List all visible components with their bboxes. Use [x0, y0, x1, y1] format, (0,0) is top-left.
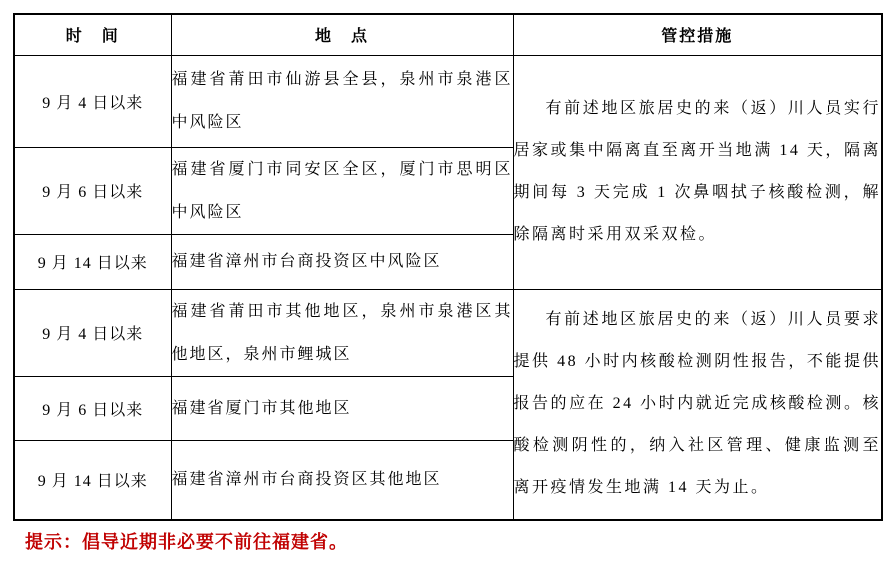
epidemic-control-table: 时 间 地 点 管控措施 9 月 4 日以来 福建省莆田市仙游县全县，泉州市泉港…	[13, 13, 883, 521]
location-cell: 福建省漳州市台商投资区其他地区	[171, 440, 513, 520]
time-cell: 9 月 4 日以来	[14, 55, 171, 147]
header-time: 时 间	[14, 14, 171, 55]
location-cell: 福建省漳州市台商投资区中风险区	[171, 234, 513, 289]
measure-text-group2: 有前述地区旅居史的来（返）川人员要求提供 48 小时内核酸检测阴性报告，不能提供…	[514, 299, 882, 509]
header-location: 地 点	[171, 14, 513, 55]
time-cell: 9 月 6 日以来	[14, 147, 171, 234]
location-cell: 福建省莆田市其他地区，泉州市泉港区其他地区，泉州市鲤城区	[171, 289, 513, 376]
header-measures: 管控措施	[513, 14, 882, 55]
table-header-row: 时 间 地 点 管控措施	[14, 14, 882, 55]
table-row: 9 月 4 日以来 福建省莆田市仙游县全县，泉州市泉港区中风险区 有前述地区旅居…	[14, 55, 882, 147]
time-cell: 9 月 4 日以来	[14, 289, 171, 376]
table-row: 9 月 4 日以来 福建省莆田市其他地区，泉州市泉港区其他地区，泉州市鲤城区 有…	[14, 289, 882, 376]
time-cell: 9 月 14 日以来	[14, 440, 171, 520]
location-cell: 福建省厦门市同安区全区，厦门市思明区中风险区	[171, 147, 513, 234]
location-cell: 福建省莆田市仙游县全县，泉州市泉港区中风险区	[171, 55, 513, 147]
document-page: 时 间 地 点 管控措施 9 月 4 日以来 福建省莆田市仙游县全县，泉州市泉港…	[0, 0, 893, 562]
location-cell: 福建省厦门市其他地区	[171, 376, 513, 440]
time-cell: 9 月 6 日以来	[14, 376, 171, 440]
measure-text-group1: 有前述地区旅居史的来（返）川人员实行居家或集中隔离直至离开当地满 14 天，隔离…	[514, 88, 882, 256]
measure-cell-group2: 有前述地区旅居史的来（返）川人员要求提供 48 小时内核酸检测阴性报告，不能提供…	[513, 289, 882, 520]
notice-text: 提示：倡导近期非必要不前往福建省。	[25, 528, 348, 554]
time-cell: 9 月 14 日以来	[14, 234, 171, 289]
measure-cell-group1: 有前述地区旅居史的来（返）川人员实行居家或集中隔离直至离开当地满 14 天，隔离…	[513, 55, 882, 289]
